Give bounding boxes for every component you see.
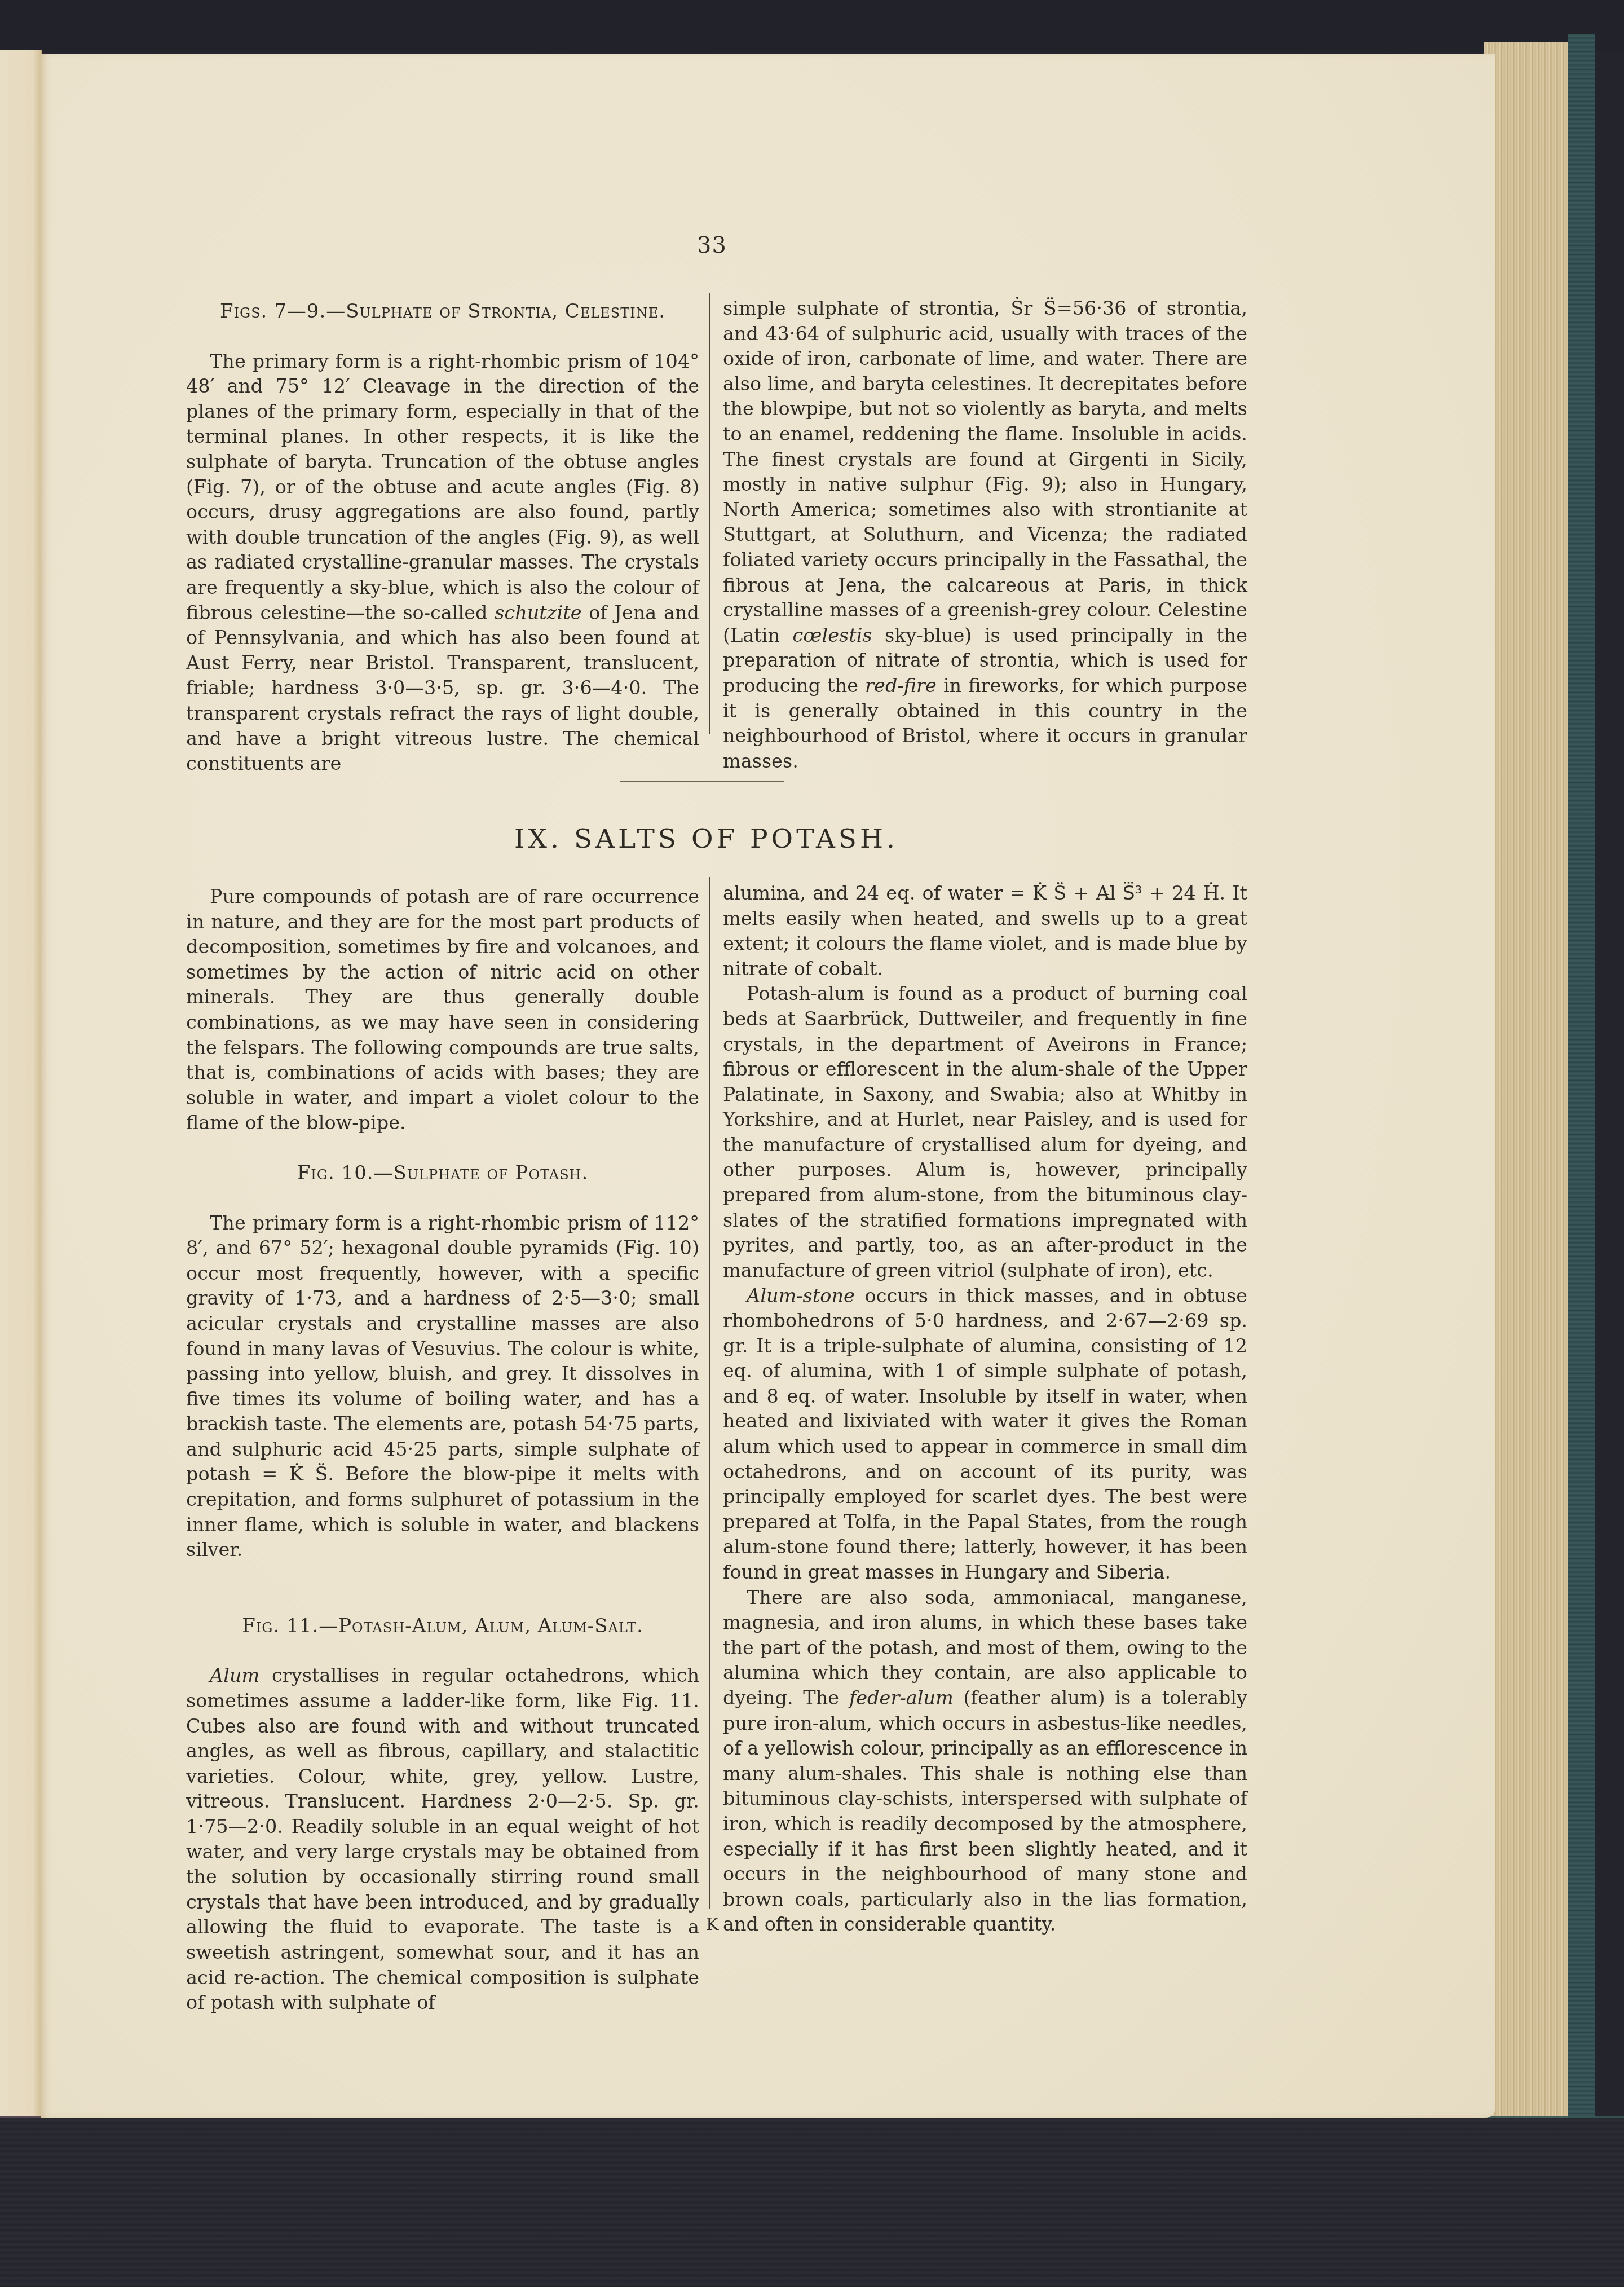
paragraph-celestine-right: simple sulphate of strontia, Ṡr S̈=56·36… xyxy=(723,296,1247,774)
section-heading-sulphate-of-potash: Fig. 10.—Sulphate of Potash. xyxy=(186,1161,699,1186)
top-left-column: Figs. 7—9.—Sulphate of Strontia, Celesti… xyxy=(186,299,699,777)
printer-signature-mark: K xyxy=(706,1915,718,1935)
page-number: 33 xyxy=(697,232,727,258)
book-cover-top xyxy=(0,0,1624,51)
facing-page-edge xyxy=(0,50,42,2119)
column-divider xyxy=(709,877,710,1909)
bottom-right-column: alumina, and 24 eq. of water = K̇ S̈ + A… xyxy=(723,881,1247,1937)
book-cover-bottom xyxy=(0,2118,1624,2287)
section-heading-potash-alum: Fig. 11.—Potash-Alum, Alum, Alum-Salt. xyxy=(186,1614,699,1639)
page-block-edges xyxy=(1484,42,1571,2129)
paragraph-potash-alum: Alum crystallises in regular octahedrons… xyxy=(186,1663,699,2015)
paragraph-alum-localities: Potash-alum is found as a product of bur… xyxy=(723,981,1247,1283)
section-heading-celestine: Figs. 7—9.—Sulphate of Strontia, Celesti… xyxy=(186,299,699,324)
paragraph-celestine-left: The primary form is a right-rhombic pris… xyxy=(186,349,699,777)
bottom-left-column: Pure compounds of potash are of rare occ… xyxy=(186,884,699,2016)
paragraph-potash-intro: Pure compounds of potash are of rare occ… xyxy=(186,884,699,1136)
paragraph-alum-stone: Alum-stone occurs in thick masses, and i… xyxy=(723,1284,1247,1585)
chapter-title: IX. SALTS OF POTASH. xyxy=(514,823,898,854)
section-separator-rule xyxy=(620,781,784,782)
paragraph-other-alums: There are also soda, ammoniacal, mangane… xyxy=(723,1585,1247,1937)
top-right-column: simple sulphate of strontia, Ṡr S̈=56·36… xyxy=(723,296,1247,774)
paragraph-alum-formula: alumina, and 24 eq. of water = K̇ S̈ + A… xyxy=(723,881,1247,981)
paragraph-sulphate-of-potash: The primary form is a right-rhombic pris… xyxy=(186,1211,699,1563)
column-divider xyxy=(709,293,710,734)
book-cover-spine xyxy=(1568,34,1595,2132)
